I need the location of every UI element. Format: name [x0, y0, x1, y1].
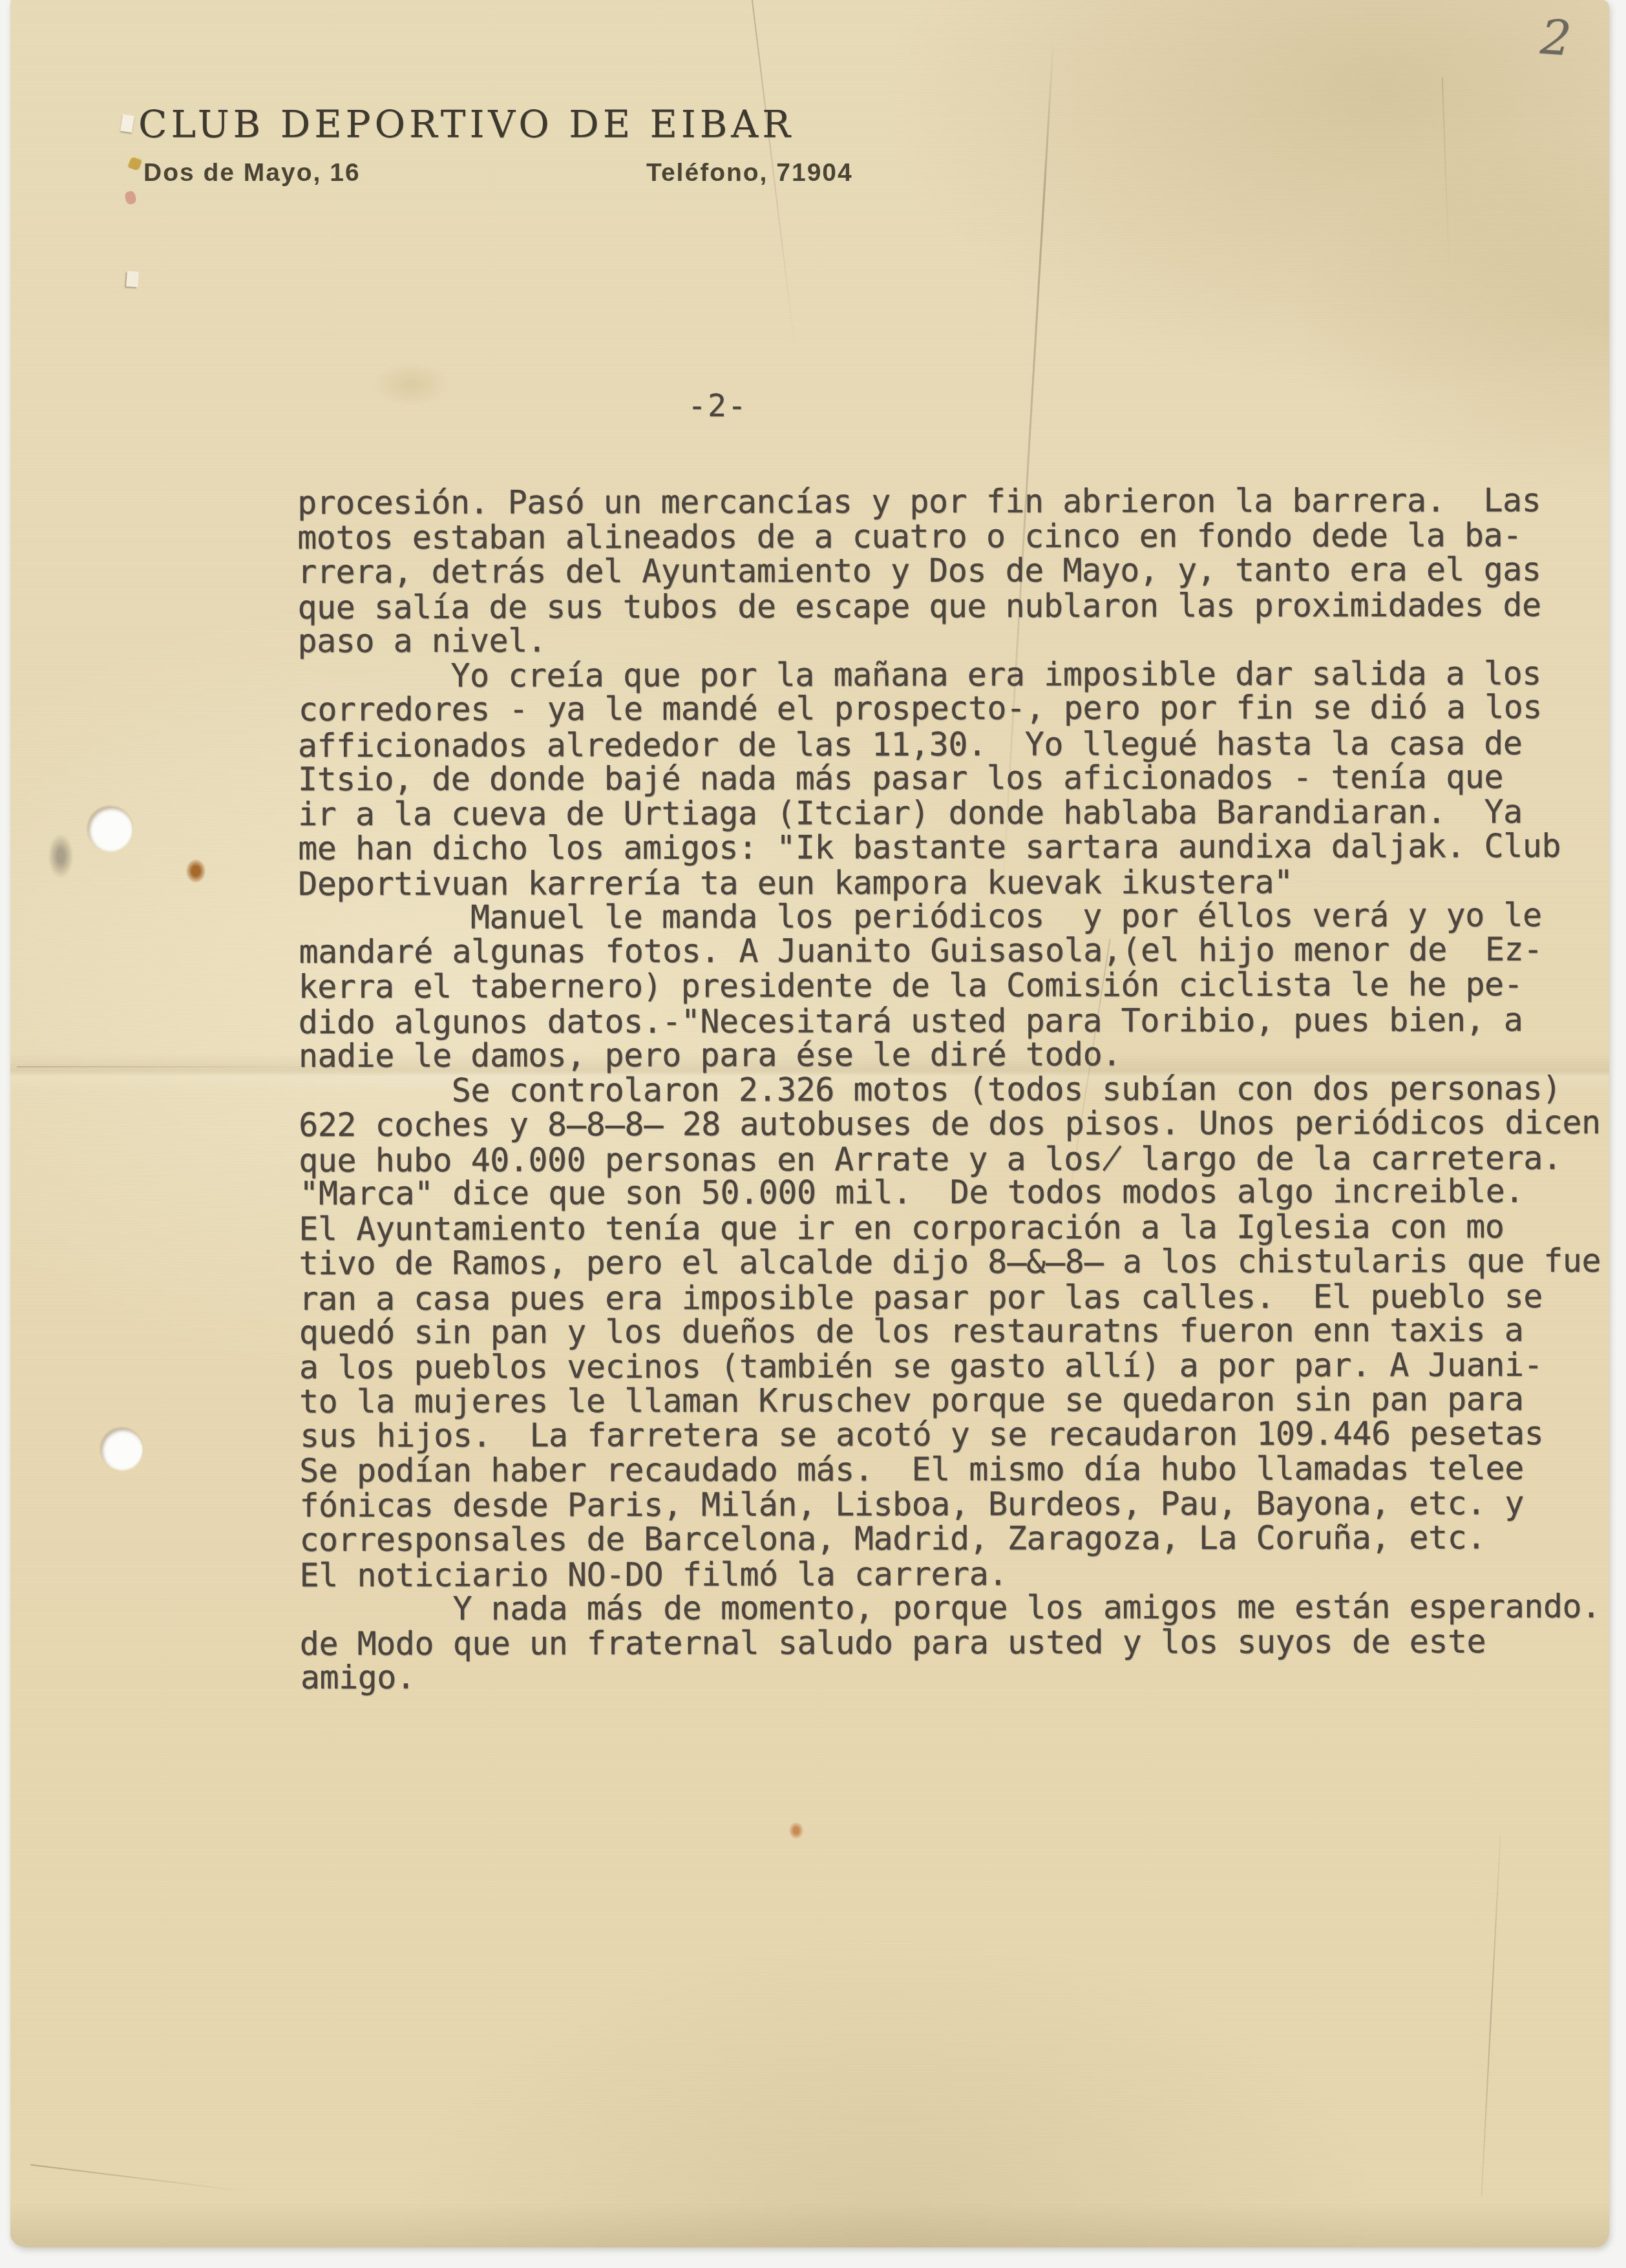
- typed-line: El noticiario NO-DO filmó la carrera.: [300, 1555, 1599, 1593]
- typed-line: rrera, detrás del Ayuntamiento y Dos de …: [297, 552, 1596, 590]
- rust-stain: [186, 859, 206, 883]
- top-right-crease: [1442, 78, 1450, 271]
- bottom-right-crease: [1481, 1835, 1501, 2196]
- typed-line: a los pueblos vecinos (también se gasto …: [299, 1347, 1598, 1385]
- horizontal-fold-line: [17, 1066, 321, 1067]
- typed-line: Manuel le manda los periódicos y por éll…: [298, 898, 1597, 936]
- bottom-left-crease: [30, 2164, 249, 2192]
- typed-line: fónicas desde Paris, Milán, Lisboa, Burd…: [299, 1486, 1598, 1523]
- gray-smudge: [48, 834, 74, 879]
- typed-line: afficionados alrededor de las 11,30. Yo …: [298, 726, 1597, 763]
- typed-line: "Marca" dice que son 50.000 mil. De todo…: [299, 1174, 1598, 1212]
- staple-mark: [124, 191, 137, 205]
- tan-stain: [372, 362, 450, 407]
- typed-line: corresponsales de Barcelona, Madrid, Zar…: [299, 1520, 1598, 1558]
- typed-line: quedó sin pan y los dueños de los restau…: [299, 1313, 1598, 1350]
- typed-line: ir a la cueva de Urtiaga (Itciar) donde …: [298, 794, 1597, 832]
- letterhead-club-name: CLUB DEPORTIVO DE EIBAR: [138, 102, 794, 146]
- typed-line: motos estaban alineados de a cuatro o ci…: [297, 518, 1596, 555]
- staple-mark: [120, 114, 134, 132]
- typed-line: sus hijos. La farretera se acotó y se re…: [300, 1416, 1599, 1453]
- typed-line: me han dicho los amigos: "Ik bastante sa…: [298, 829, 1597, 866]
- letter-sheet: CLUB DEPORTIVO DE EIBAR Dos de Mayo, 16 …: [10, 0, 1609, 2247]
- punch-hole: [88, 806, 132, 850]
- typed-line: que salía de sus tubos de escape que nub…: [297, 587, 1596, 625]
- typed-line: corredores - ya le mandé el prospecto-, …: [299, 690, 1598, 728]
- typed-line: dido algunos datos.-"Necesitará usted pa…: [299, 1002, 1598, 1040]
- typed-line: nadie le damos, pero para ése le diré to…: [299, 1036, 1598, 1074]
- typed-page-number: -2-: [688, 388, 748, 424]
- typed-line: mandaré algunas fotos. A Juanito Guisaso…: [299, 932, 1598, 969]
- typed-line: Se podían haber recaudado más. El mismo …: [299, 1451, 1598, 1489]
- typed-line: to la mujeres le llaman Kruschev porque …: [299, 1382, 1598, 1420]
- typed-line: Y nada más de momento, porque los amigos…: [300, 1590, 1599, 1627]
- punch-hole: [101, 1428, 142, 1469]
- typed-line: Yo creía que por la mañana era imposible…: [298, 656, 1597, 693]
- letterhead-phone: Teléfono, 71904: [646, 159, 853, 187]
- typed-line: ran a casa pues era imposible pasar por …: [299, 1279, 1598, 1316]
- typed-line: kerra el tabernero) presidente de la Com…: [299, 967, 1598, 1005]
- typed-text: procesión. Pasó un mercancías y por fin …: [297, 483, 1599, 1696]
- letterhead-address: Dos de Mayo, 16: [143, 159, 361, 187]
- small-rust-dot: [789, 1822, 803, 1839]
- staple-mark: [126, 271, 139, 287]
- typed-line: Deportivuan karrería ta eun kampora kuev…: [298, 864, 1597, 901]
- scanned-letter-page: { "scan": { "handwritten_page_number": "…: [0, 0, 1626, 2268]
- handwritten-page-number: 2: [1539, 9, 1573, 67]
- typed-line: 622 coches y 8̶8̶8̶ 28 autobuses de dos …: [299, 1106, 1598, 1143]
- typed-line: El Ayuntamiento tenía que ir en corporac…: [299, 1209, 1598, 1246]
- typed-line: procesión. Pasó un mercancías y por fin …: [297, 483, 1596, 521]
- typed-line: paso a nivel.: [297, 622, 1596, 659]
- typed-line: Itsio, de donde bajé nada más pasar los …: [298, 760, 1597, 797]
- typed-line: Se controlaron 2.326 motos (todos subían…: [299, 1071, 1598, 1108]
- staple-mark: [126, 154, 143, 171]
- typed-line: de Modo que un fraternal saludo para ust…: [300, 1624, 1599, 1661]
- typed-line: amigo.: [301, 1658, 1600, 1696]
- typed-line: tivo de Ramos, pero el alcalde dijo 8̶&̶…: [299, 1244, 1598, 1281]
